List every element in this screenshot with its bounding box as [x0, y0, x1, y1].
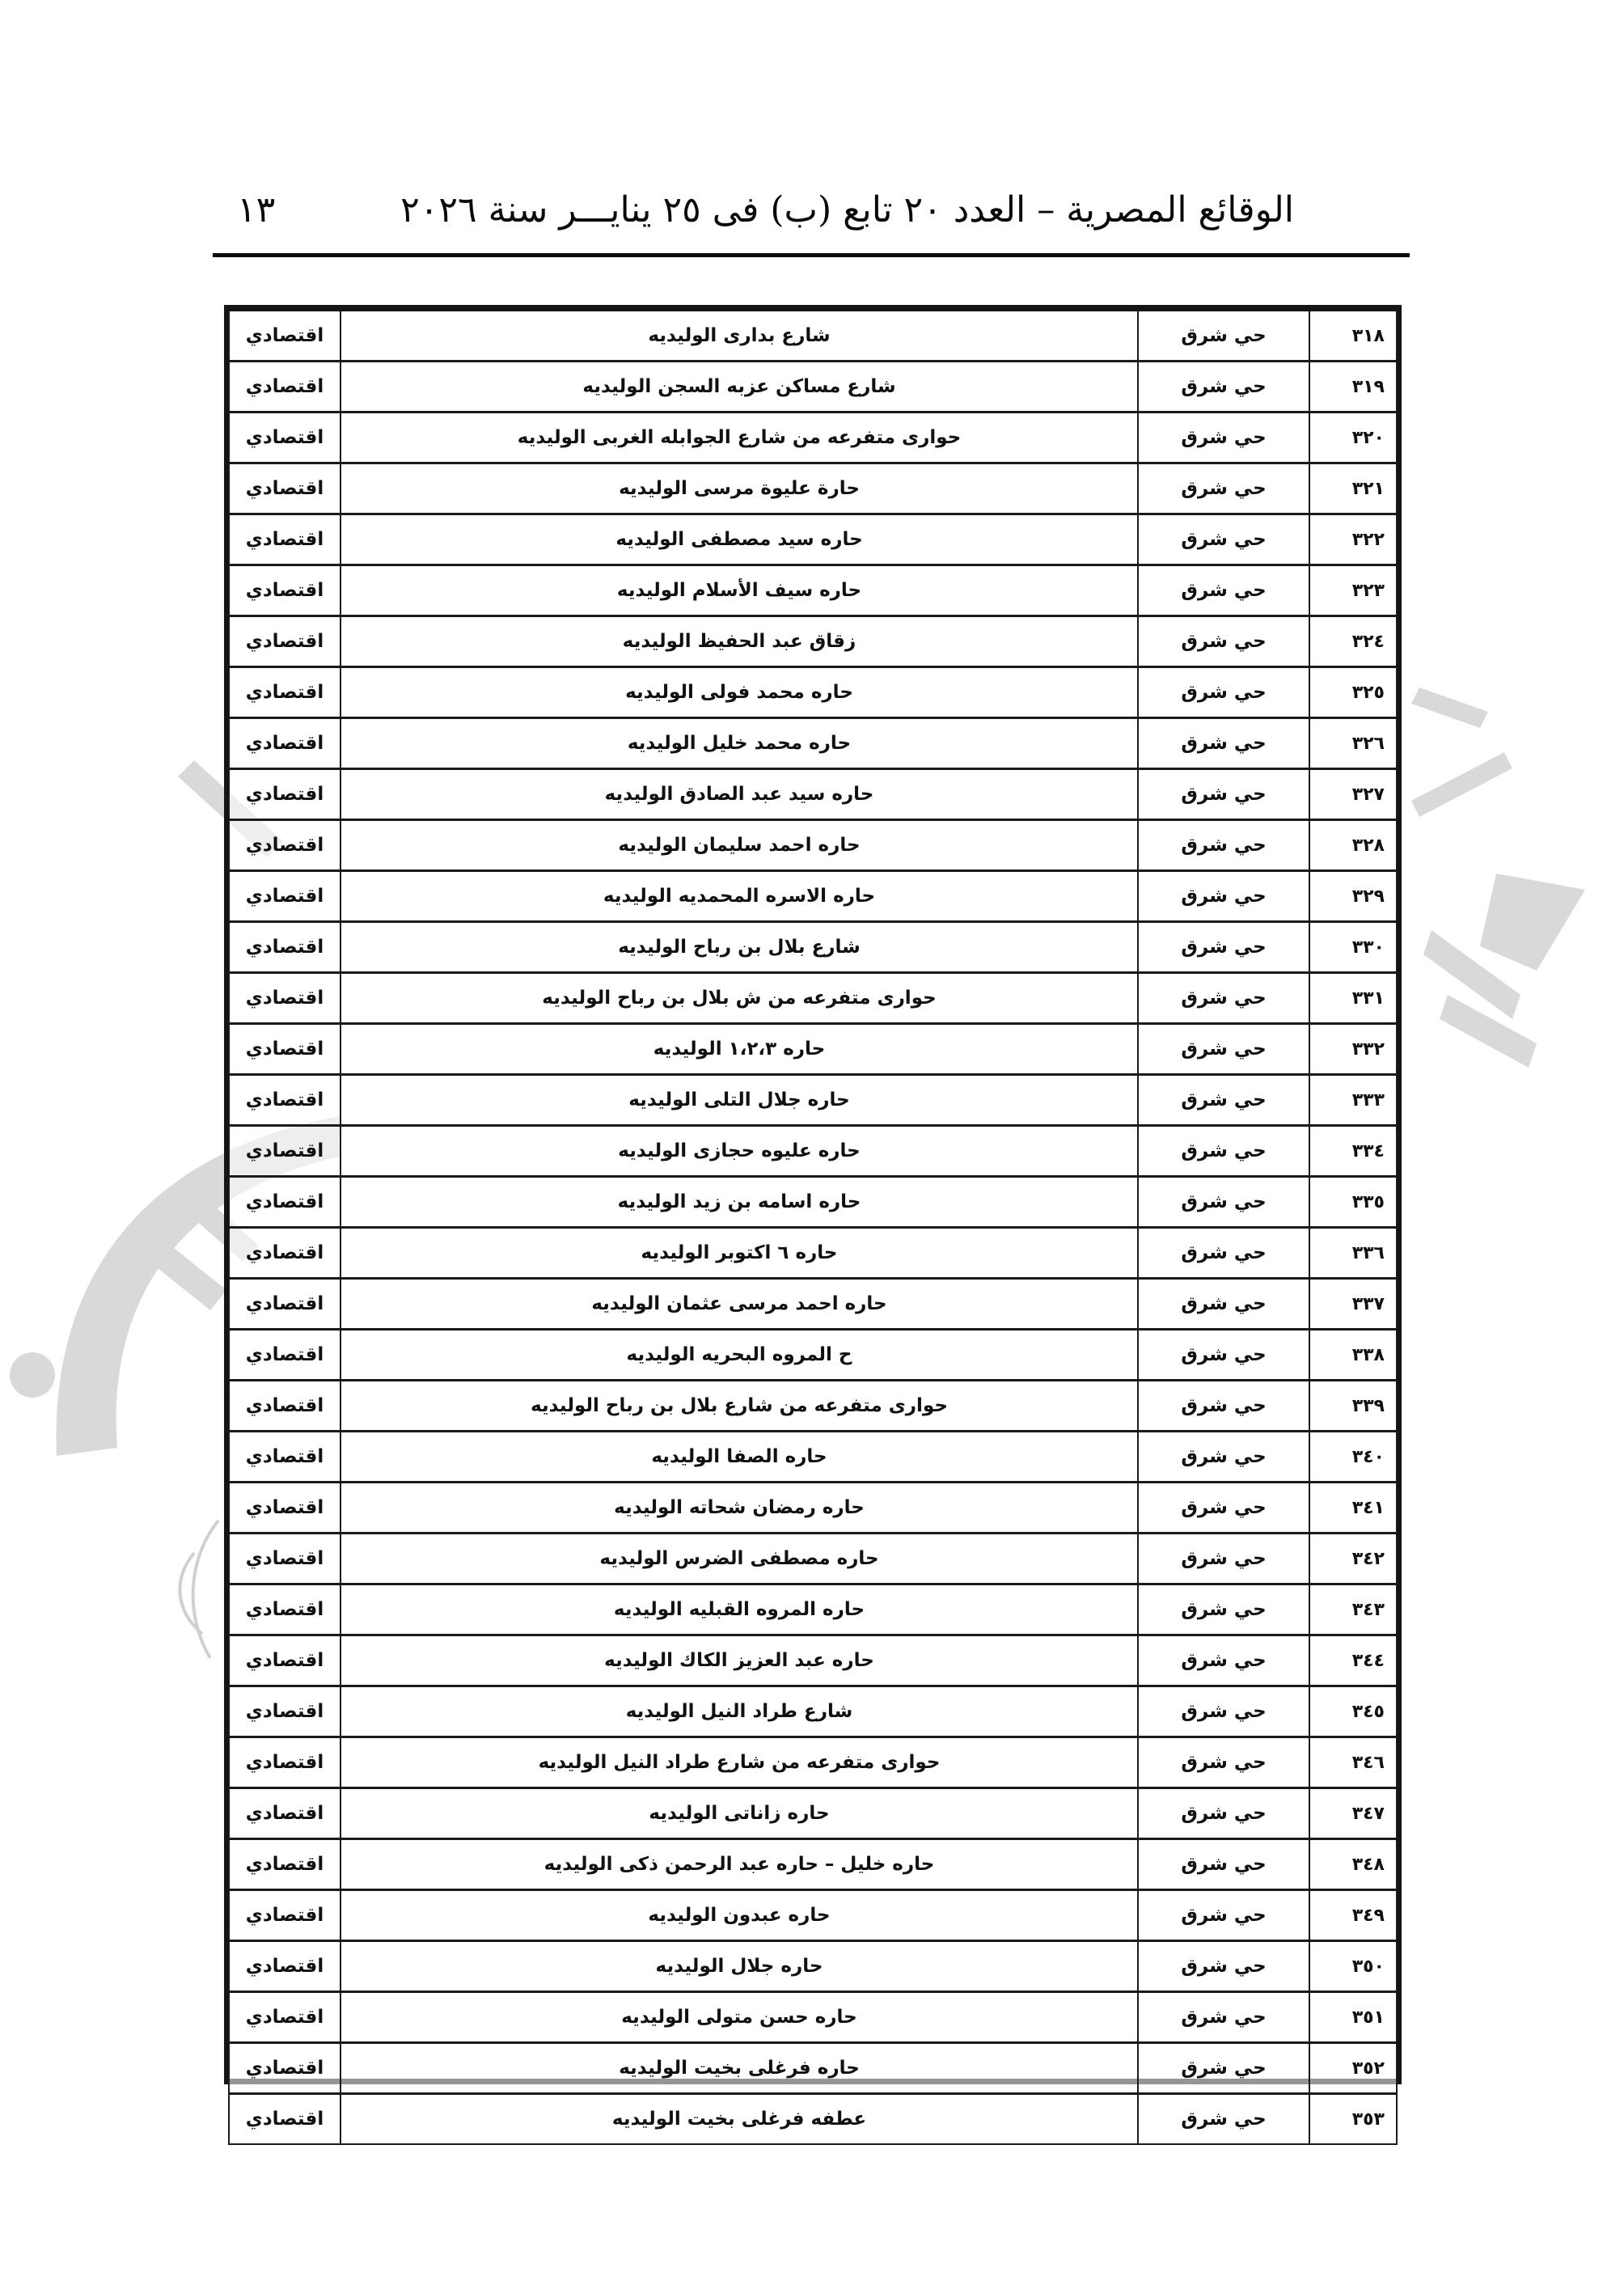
street-name-cell: حوارى متفرعه من شارع الجوابله الغربى الو… — [340, 412, 1138, 463]
street-name-cell: حاره حسن متولى الوليديه — [340, 1992, 1138, 2043]
category-cell: اقتصادي — [229, 311, 340, 362]
district-cell: حي شرق — [1138, 769, 1309, 820]
street-name-cell: حاره احمد مرسى عثمان الوليديه — [340, 1279, 1138, 1330]
street-name-cell: حاره سيد عبد الصادق الوليديه — [340, 769, 1138, 820]
row-number-cell: ٣٢٩ — [1309, 871, 1397, 922]
row-number-cell: ٣٤٩ — [1309, 1890, 1397, 1941]
district-cell: حي شرق — [1138, 871, 1309, 922]
street-name-cell: حاره المروه القبليه الوليديه — [340, 1584, 1138, 1635]
row-number-cell: ٣١٩ — [1309, 362, 1397, 412]
street-name-cell: شارع مساكن عزبه السجن الوليديه — [340, 362, 1138, 412]
row-number-cell: ٣٢٢ — [1309, 514, 1397, 565]
row-number-cell: ٣٢٦ — [1309, 718, 1397, 769]
row-number-cell: ٣٣٨ — [1309, 1330, 1397, 1381]
district-cell: حي شرق — [1138, 1635, 1309, 1686]
category-cell: اقتصادي — [229, 1737, 340, 1788]
category-cell: اقتصادي — [229, 362, 340, 412]
street-name-cell: حاره محمد فولى الوليديه — [340, 667, 1138, 718]
streets-table-body: ٣١٨حي شرقشارع بدارى الوليديهاقتصادي٣١٩حي… — [229, 311, 1397, 2144]
category-cell: اقتصادي — [229, 463, 340, 514]
category-cell: اقتصادي — [229, 1584, 340, 1635]
district-cell: حي شرق — [1138, 1584, 1309, 1635]
table-row: ٣٤٧حي شرقحاره زاناتى الوليديهاقتصادي — [229, 1788, 1397, 1839]
row-number-cell: ٣٣٣ — [1309, 1075, 1397, 1126]
category-cell: اقتصادي — [229, 1635, 340, 1686]
district-cell: حي شرق — [1138, 1330, 1309, 1381]
table-row: ٣٥٣حي شرقعطفه فرغلى بخيت الوليديهاقتصادي — [229, 2094, 1397, 2145]
street-name-cell: حاره رمضان شحاته الوليديه — [340, 1483, 1138, 1534]
district-cell: حي شرق — [1138, 514, 1309, 565]
table-row: ٣١٩حي شرقشارع مساكن عزبه السجن الوليديها… — [229, 362, 1397, 412]
district-cell: حي شرق — [1138, 973, 1309, 1024]
table-row: ٣٤٢حي شرقحاره مصطفى الضرس الوليديهاقتصاد… — [229, 1534, 1397, 1584]
row-number-cell: ٣٣٧ — [1309, 1279, 1397, 1330]
street-name-cell: حاره الصفا الوليديه — [340, 1432, 1138, 1483]
table-row: ٣٣٦حي شرقحاره ٦ اكتوبر الوليديهاقتصادي — [229, 1228, 1397, 1279]
district-cell: حي شرق — [1138, 362, 1309, 412]
table-row: ٣١٨حي شرقشارع بدارى الوليديهاقتصادي — [229, 311, 1397, 362]
street-name-cell: ح المروه البحريه الوليديه — [340, 1330, 1138, 1381]
street-name-cell: حاره عليوه حجازى الوليديه — [340, 1126, 1138, 1177]
row-number-cell: ٣٤٠ — [1309, 1432, 1397, 1483]
row-number-cell: ٣٣٦ — [1309, 1228, 1397, 1279]
row-number-cell: ٣٤٨ — [1309, 1839, 1397, 1890]
district-cell: حي شرق — [1138, 1839, 1309, 1890]
category-cell: اقتصادي — [229, 769, 340, 820]
row-number-cell: ٣٥٣ — [1309, 2094, 1397, 2145]
table-row: ٣٢٥حي شرقحاره محمد فولى الوليديهاقتصادي — [229, 667, 1397, 718]
gazette-title: الوقائع المصرية – العدد ٢٠ تابع (ب) فى ٢… — [400, 188, 1294, 233]
table-row: ٣٢٤حي شرقزقاق عبد الحفيظ الوليديهاقتصادي — [229, 616, 1397, 667]
district-cell: حي شرق — [1138, 1686, 1309, 1737]
category-cell: اقتصادي — [229, 922, 340, 973]
street-name-cell: حاره زاناتى الوليديه — [340, 1788, 1138, 1839]
district-cell: حي شرق — [1138, 820, 1309, 871]
table-row: ٣٤٩حي شرقحاره عبدون الوليديهاقتصادي — [229, 1890, 1397, 1941]
category-cell: اقتصادي — [229, 1992, 340, 2043]
district-cell: حي شرق — [1138, 1788, 1309, 1839]
table-row: ٣٢٩حي شرقحاره الاسره المحمديه الوليديهاق… — [229, 871, 1397, 922]
street-name-cell: حاره جلال الوليديه — [340, 1941, 1138, 1992]
table-row: ٣٢٣حي شرقحاره سيف الأسلام الوليديهاقتصاد… — [229, 565, 1397, 616]
category-cell: اقتصادي — [229, 1941, 340, 1992]
street-name-cell: شارع بدارى الوليديه — [340, 311, 1138, 362]
district-cell: حي شرق — [1138, 1228, 1309, 1279]
table-row: ٣٢٢حي شرقحاره سيد مصطفى الوليديهاقتصادي — [229, 514, 1397, 565]
category-cell: اقتصادي — [229, 565, 340, 616]
category-cell: اقتصادي — [229, 820, 340, 871]
street-name-cell: حاره عبدون الوليديه — [340, 1890, 1138, 1941]
table-row: ٣٤٣حي شرقحاره المروه القبليه الوليديهاقت… — [229, 1584, 1397, 1635]
row-number-cell: ٣٢٥ — [1309, 667, 1397, 718]
street-name-cell: عطفه فرغلى بخيت الوليديه — [340, 2094, 1138, 2145]
table-row: ٣٤٤حي شرقحاره عبد العزيز الكاك الوليديها… — [229, 1635, 1397, 1686]
street-name-cell: حاره مصطفى الضرس الوليديه — [340, 1534, 1138, 1584]
category-cell: اقتصادي — [229, 1534, 340, 1584]
table-row: ٣٣٥حي شرقحاره اسامه بن زيد الوليديهاقتصا… — [229, 1177, 1397, 1228]
district-cell: حي شرق — [1138, 2094, 1309, 2145]
street-name-cell: حاره عبد العزيز الكاك الوليديه — [340, 1635, 1138, 1686]
row-number-cell: ٣٤١ — [1309, 1483, 1397, 1534]
category-cell: اقتصادي — [229, 1788, 340, 1839]
category-cell: اقتصادي — [229, 1330, 340, 1381]
row-number-cell: ٣٢٧ — [1309, 769, 1397, 820]
street-name-cell: حاره محمد خليل الوليديه — [340, 718, 1138, 769]
table-row: ٣٢٨حي شرقحاره احمد سليمان الوليديهاقتصاد… — [229, 820, 1397, 871]
district-cell: حي شرق — [1138, 1126, 1309, 1177]
table-row: ٣٣٠حي شرقشارع بلال بن رباح الوليديهاقتصا… — [229, 922, 1397, 973]
row-number-cell: ٣١٨ — [1309, 311, 1397, 362]
district-cell: حي شرق — [1138, 1483, 1309, 1534]
district-cell: حي شرق — [1138, 2043, 1309, 2094]
table-row: ٣٣٨حي شرقح المروه البحريه الوليديهاقتصاد… — [229, 1330, 1397, 1381]
district-cell: حي شرق — [1138, 1737, 1309, 1788]
category-cell: اقتصادي — [229, 1432, 340, 1483]
category-cell: اقتصادي — [229, 871, 340, 922]
category-cell: اقتصادي — [229, 412, 340, 463]
row-number-cell: ٣٤٧ — [1309, 1788, 1397, 1839]
category-cell: اقتصادي — [229, 1381, 340, 1432]
street-name-cell: حاره اسامه بن زيد الوليديه — [340, 1177, 1138, 1228]
table-row: ٣٣١حي شرقحوارى متفرعه من ش بلال بن رباح … — [229, 973, 1397, 1024]
street-name-cell: حاره الاسره المحمديه الوليديه — [340, 871, 1138, 922]
table-row: ٣٢٦حي شرقحاره محمد خليل الوليديهاقتصادي — [229, 718, 1397, 769]
district-cell: حي شرق — [1138, 616, 1309, 667]
category-cell: اقتصادي — [229, 616, 340, 667]
district-cell: حي شرق — [1138, 1992, 1309, 2043]
category-cell: اقتصادي — [229, 1483, 340, 1534]
row-number-cell: ٣٥١ — [1309, 1992, 1397, 2043]
district-cell: حي شرق — [1138, 311, 1309, 362]
streets-table-frame: ٣١٨حي شرقشارع بدارى الوليديهاقتصادي٣١٩حي… — [224, 305, 1402, 2084]
district-cell: حي شرق — [1138, 1024, 1309, 1075]
row-number-cell: ٣٤٢ — [1309, 1534, 1397, 1584]
category-cell: اقتصادي — [229, 1686, 340, 1737]
row-number-cell: ٣٣٩ — [1309, 1381, 1397, 1432]
table-row: ٣٣٧حي شرقحاره احمد مرسى عثمان الوليديهاق… — [229, 1279, 1397, 1330]
table-row: ٣٥٢حي شرقحاره فرغلى بخيت الوليديهاقتصادي — [229, 2043, 1397, 2094]
street-name-cell: حارة عليوة مرسى الوليديه — [340, 463, 1138, 514]
row-number-cell: ٣٤٤ — [1309, 1635, 1397, 1686]
street-name-cell: حاره فرغلى بخيت الوليديه — [340, 2043, 1138, 2094]
street-name-cell: حاره جلال التلى الوليديه — [340, 1075, 1138, 1126]
street-name-cell: حاره سيف الأسلام الوليديه — [340, 565, 1138, 616]
district-cell: حي شرق — [1138, 718, 1309, 769]
street-name-cell: حاره احمد سليمان الوليديه — [340, 820, 1138, 871]
table-row: ٣٤٦حي شرقحوارى متفرعه من شارع طراد النيل… — [229, 1737, 1397, 1788]
header-divider — [213, 253, 1410, 257]
category-cell: اقتصادي — [229, 1890, 340, 1941]
district-cell: حي شرق — [1138, 1890, 1309, 1941]
category-cell: اقتصادي — [229, 1126, 340, 1177]
page-header: الوقائع المصرية – العدد ٢٠ تابع (ب) فى ٢… — [213, 188, 1410, 236]
category-cell: اقتصادي — [229, 667, 340, 718]
row-number-cell: ٣٢٨ — [1309, 820, 1397, 871]
street-name-cell: زقاق عبد الحفيظ الوليديه — [340, 616, 1138, 667]
row-number-cell: ٣٤٣ — [1309, 1584, 1397, 1635]
district-cell: حي شرق — [1138, 565, 1309, 616]
category-cell: اقتصادي — [229, 1839, 340, 1890]
street-name-cell: حوارى متفرعه من شارع طراد النيل الوليديه — [340, 1737, 1138, 1788]
row-number-cell: ٣٤٥ — [1309, 1686, 1397, 1737]
district-cell: حي شرق — [1138, 463, 1309, 514]
table-row: ٣٣٩حي شرقحوارى متفرعه من شارع بلال بن رب… — [229, 1381, 1397, 1432]
street-name-cell: حاره خليل – حاره عبد الرحمن ذكى الوليديه — [340, 1839, 1138, 1890]
category-cell: اقتصادي — [229, 718, 340, 769]
row-number-cell: ٣٥٢ — [1309, 2043, 1397, 2094]
table-row: ٣٤١حي شرقحاره رمضان شحاته الوليديهاقتصاد… — [229, 1483, 1397, 1534]
category-cell: اقتصادي — [229, 1075, 340, 1126]
district-cell: حي شرق — [1138, 1534, 1309, 1584]
street-name-cell: حاره ١،٢،٣ الوليديه — [340, 1024, 1138, 1075]
row-number-cell: ٣٢١ — [1309, 463, 1397, 514]
category-cell: اقتصادي — [229, 973, 340, 1024]
district-cell: حي شرق — [1138, 412, 1309, 463]
district-cell: حي شرق — [1138, 1279, 1309, 1330]
table-row: ٣٤٠حي شرقحاره الصفا الوليديهاقتصادي — [229, 1432, 1397, 1483]
row-number-cell: ٣٥٠ — [1309, 1941, 1397, 1992]
streets-table: ٣١٨حي شرقشارع بدارى الوليديهاقتصادي٣١٩حي… — [228, 311, 1398, 2145]
street-name-cell: حوارى متفرعه من ش بلال بن رباح الوليديه — [340, 973, 1138, 1024]
category-cell: اقتصادي — [229, 1279, 340, 1330]
street-name-cell: حاره ٦ اكتوبر الوليديه — [340, 1228, 1138, 1279]
table-row: ٣٥١حي شرقحاره حسن متولى الوليديهاقتصادي — [229, 1992, 1397, 2043]
street-name-cell: شارع طراد النيل الوليديه — [340, 1686, 1138, 1737]
street-name-cell: شارع بلال بن رباح الوليديه — [340, 922, 1138, 973]
district-cell: حي شرق — [1138, 1381, 1309, 1432]
row-number-cell: ٣٢٣ — [1309, 565, 1397, 616]
district-cell: حي شرق — [1138, 1941, 1309, 1992]
table-row: ٣٥٠حي شرقحاره جلال الوليديهاقتصادي — [229, 1941, 1397, 1992]
table-row: ٣٣٣حي شرقحاره جلال التلى الوليديهاقتصادي — [229, 1075, 1397, 1126]
district-cell: حي شرق — [1138, 1177, 1309, 1228]
row-number-cell: ٣٣٢ — [1309, 1024, 1397, 1075]
category-cell: اقتصادي — [229, 2043, 340, 2094]
table-row: ٣٢٧حي شرقحاره سيد عبد الصادق الوليديهاقت… — [229, 769, 1397, 820]
row-number-cell: ٣٤٦ — [1309, 1737, 1397, 1788]
category-cell: اقتصادي — [229, 514, 340, 565]
table-row: ٣٢١حي شرقحارة عليوة مرسى الوليديهاقتصادي — [229, 463, 1397, 514]
table-row: ٣٤٨حي شرقحاره خليل – حاره عبد الرحمن ذكى… — [229, 1839, 1397, 1890]
table-row: ٣٢٠حي شرقحوارى متفرعه من شارع الجوابله ا… — [229, 412, 1397, 463]
street-name-cell: حوارى متفرعه من شارع بلال بن رباح الوليد… — [340, 1381, 1138, 1432]
category-cell: اقتصادي — [229, 1228, 340, 1279]
table-row: ٣٣٤حي شرقحاره عليوه حجازى الوليديهاقتصاد… — [229, 1126, 1397, 1177]
row-number-cell: ٣٢٤ — [1309, 616, 1397, 667]
row-number-cell: ٣٣٠ — [1309, 922, 1397, 973]
category-cell: اقتصادي — [229, 1177, 340, 1228]
table-row: ٣٤٥حي شرقشارع طراد النيل الوليديهاقتصادي — [229, 1686, 1397, 1737]
category-cell: اقتصادي — [229, 2094, 340, 2145]
district-cell: حي شرق — [1138, 1432, 1309, 1483]
row-number-cell: ٣٢٠ — [1309, 412, 1397, 463]
page-number: ١٣ — [237, 188, 275, 233]
district-cell: حي شرق — [1138, 1075, 1309, 1126]
row-number-cell: ٣٣٤ — [1309, 1126, 1397, 1177]
category-cell: اقتصادي — [229, 1024, 340, 1075]
street-name-cell: حاره سيد مصطفى الوليديه — [340, 514, 1138, 565]
row-number-cell: ٣٣١ — [1309, 973, 1397, 1024]
district-cell: حي شرق — [1138, 922, 1309, 973]
row-number-cell: ٣٣٥ — [1309, 1177, 1397, 1228]
district-cell: حي شرق — [1138, 667, 1309, 718]
table-row: ٣٣٢حي شرقحاره ١،٢،٣ الوليديهاقتصادي — [229, 1024, 1397, 1075]
